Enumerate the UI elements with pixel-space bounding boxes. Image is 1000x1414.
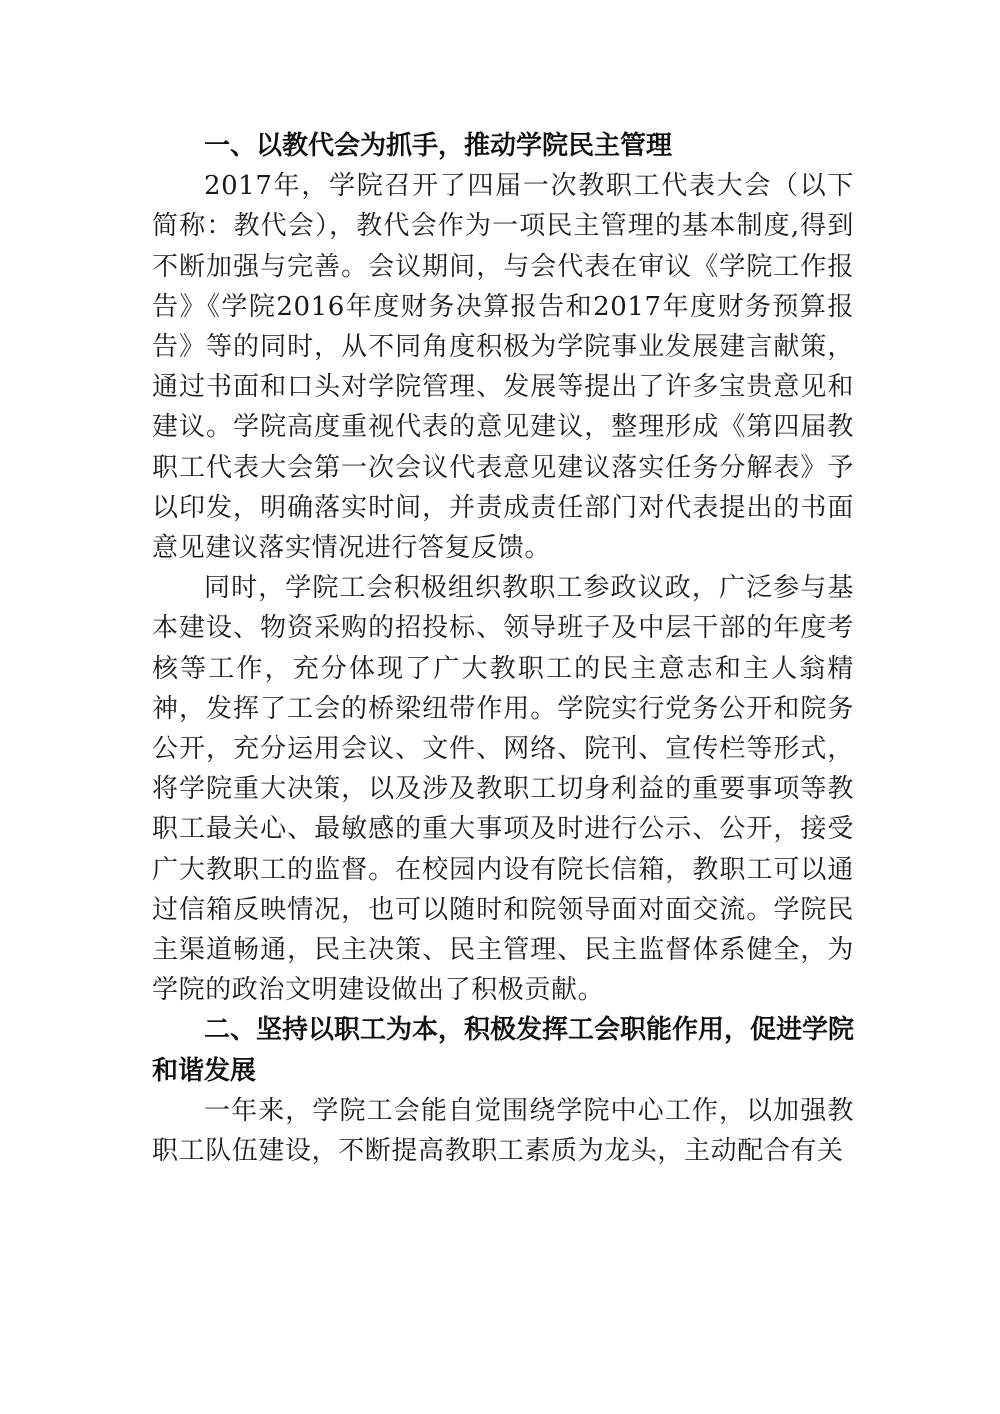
section-heading-2: 二、坚持以职工为本，积极发挥工会职能作用，促进学院和谐发展: [152, 1010, 854, 1090]
section-heading-1: 一、以教代会为抓手，推动学院民主管理: [152, 126, 854, 166]
paragraph-2-1: 一年来，学院工会能自觉围绕学院中心工作，以加强教职工队伍建设，不断提高教职工素质…: [152, 1091, 854, 1171]
paragraph-1-2: 同时，学院工会积极组织教职工参政议政，广泛参与基本建设、物资采购的招投标、领导班…: [152, 568, 854, 1010]
document-page: 一、以教代会为抓手，推动学院民主管理 2017年，学院召开了四届一次教职工代表大…: [152, 126, 854, 1171]
paragraph-1-1: 2017年，学院召开了四届一次教职工代表大会（以下简称：教代会），教代会作为一项…: [152, 166, 854, 568]
